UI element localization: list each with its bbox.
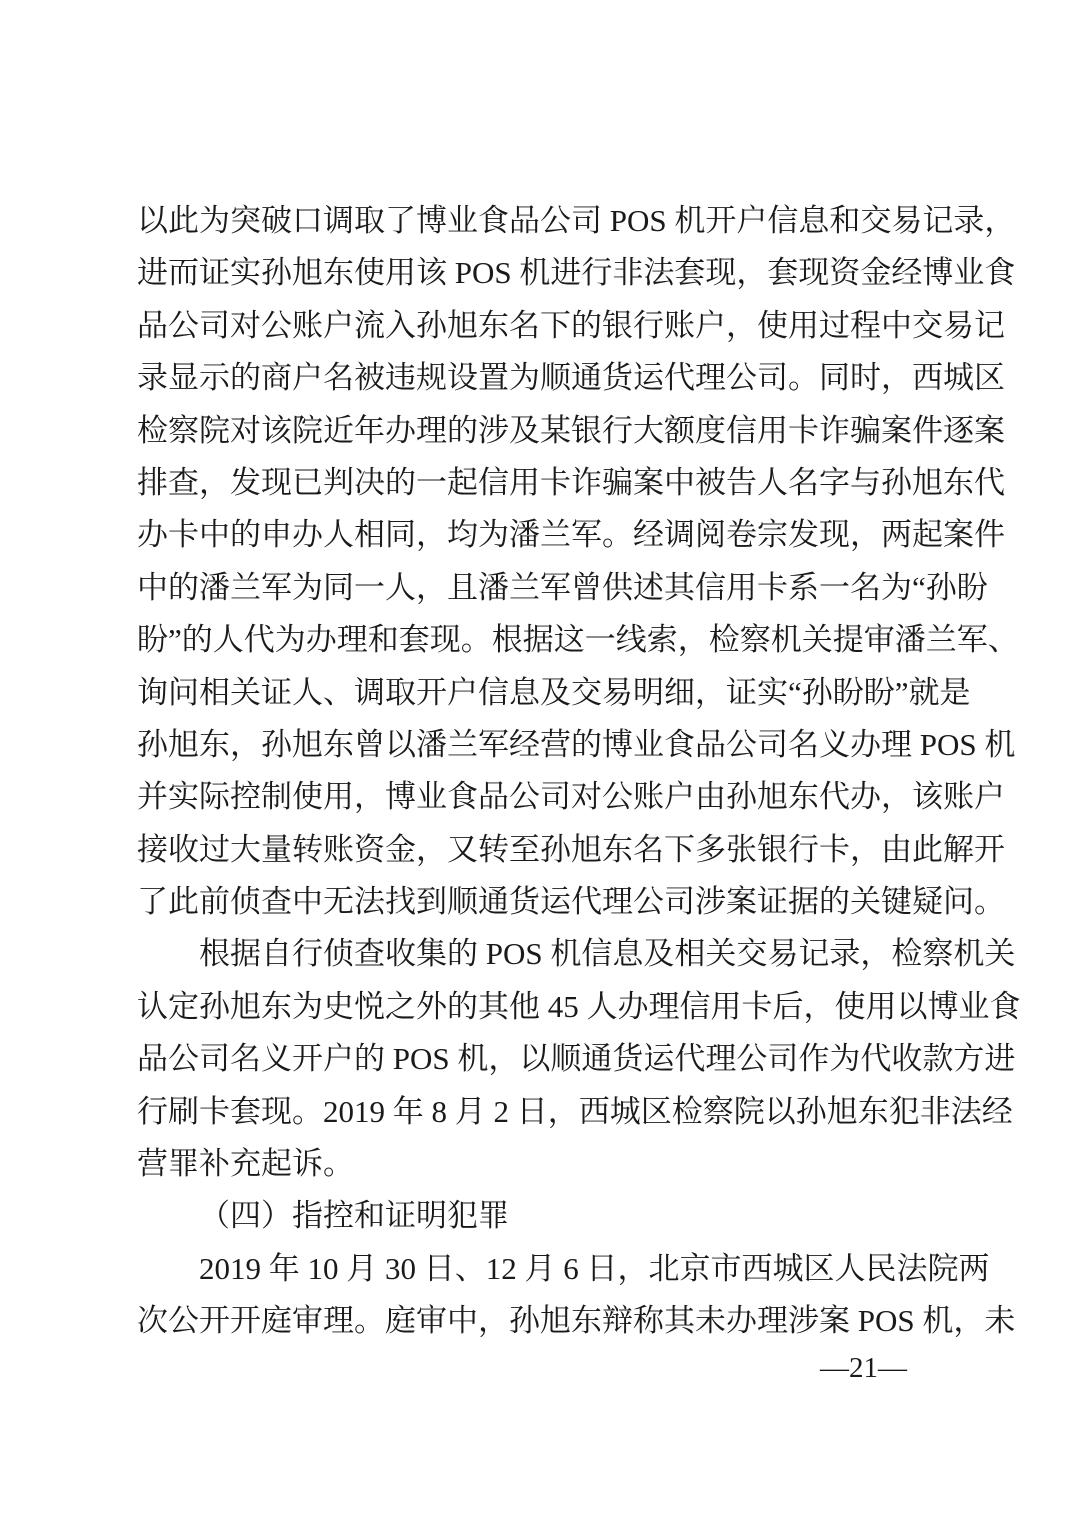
paragraph-3: 2019 年 10 月 30 日、12 月 6 日，北京市西城区人民法院两 次公…: [137, 1243, 943, 1348]
text-line: 品公司对公账户流入孙旭东名下的银行账户，使用过程中交易记: [137, 300, 943, 352]
text-line: 了此前侦查中无法找到顺通货运代理公司涉案证据的关键疑问。: [137, 876, 943, 928]
text-line: 认定孙旭东为史悦之外的其他 45 人办理信用卡后，使用以博业食: [137, 981, 943, 1033]
text-line: 品公司名义开户的 POS 机，以顺通货运代理公司作为代收款方进: [137, 1033, 943, 1085]
section-heading: （四）指控和证明犯罪: [137, 1190, 943, 1242]
text-line: 排查，发现已判决的一起信用卡诈骗案中被告人名字与孙旭东代: [137, 457, 943, 509]
text-line: 接收过大量转账资金，又转至孙旭东名下多张银行卡，由此解开: [137, 824, 943, 876]
text-line: 营罪补充起诉。: [137, 1138, 943, 1190]
text-line: 中的潘兰军为同一人，且潘兰军曾供述其信用卡系一名为“孙盼: [137, 562, 943, 614]
text-line: 次公开开庭审理。庭审中，孙旭东辩称其未办理涉案 POS 机，未: [137, 1295, 943, 1347]
text-line: 以此为突破口调取了博业食品公司 POS 机开户信息和交易记录，: [137, 195, 943, 247]
section-heading-block: （四）指控和证明犯罪: [137, 1190, 943, 1242]
text-line: 录显示的商户名被违规设置为顺通货运代理公司。同时，西城区: [137, 352, 943, 404]
document-body: 以此为突破口调取了博业食品公司 POS 机开户信息和交易记录， 进而证实孙旭东使…: [137, 195, 943, 1348]
text-line: 检察院对该院近年办理的涉及某银行大额度信用卡诈骗案件逐案: [137, 405, 943, 457]
text-line: 进而证实孙旭东使用该 POS 机进行非法套现，套现资金经博业食: [137, 247, 943, 299]
text-line: 2019 年 10 月 30 日、12 月 6 日，北京市西城区人民法院两: [137, 1243, 943, 1295]
paragraph-continued: 以此为突破口调取了博业食品公司 POS 机开户信息和交易记录， 进而证实孙旭东使…: [137, 195, 943, 928]
text-line: 行刷卡套现。2019 年 8 月 2 日，西城区检察院以孙旭东犯非法经: [137, 1086, 943, 1138]
text-line: 根据自行侦查收集的 POS 机信息及相关交易记录，检察机关: [137, 928, 943, 980]
text-line: 询问相关证人、调取开户信息及交易明细，证实“孙盼盼”就是: [137, 667, 943, 719]
page-number: —21—: [820, 1348, 907, 1388]
paragraph-2: 根据自行侦查收集的 POS 机信息及相关交易记录，检察机关 认定孙旭东为史悦之外…: [137, 928, 943, 1190]
text-line: 盼”的人代为办理和套现。根据这一线索，检察机关提审潘兰军、: [137, 614, 943, 666]
text-line: 并实际控制使用，博业食品公司对公账户由孙旭东代办，该账户: [137, 771, 943, 823]
text-line: 办卡中的申办人相同，均为潘兰军。经调阅卷宗发现，两起案件: [137, 509, 943, 561]
document-page: 以此为突破口调取了博业食品公司 POS 机开户信息和交易记录， 进而证实孙旭东使…: [0, 0, 1074, 1520]
text-line: 孙旭东，孙旭东曾以潘兰军经营的博业食品公司名义办理 POS 机: [137, 719, 943, 771]
